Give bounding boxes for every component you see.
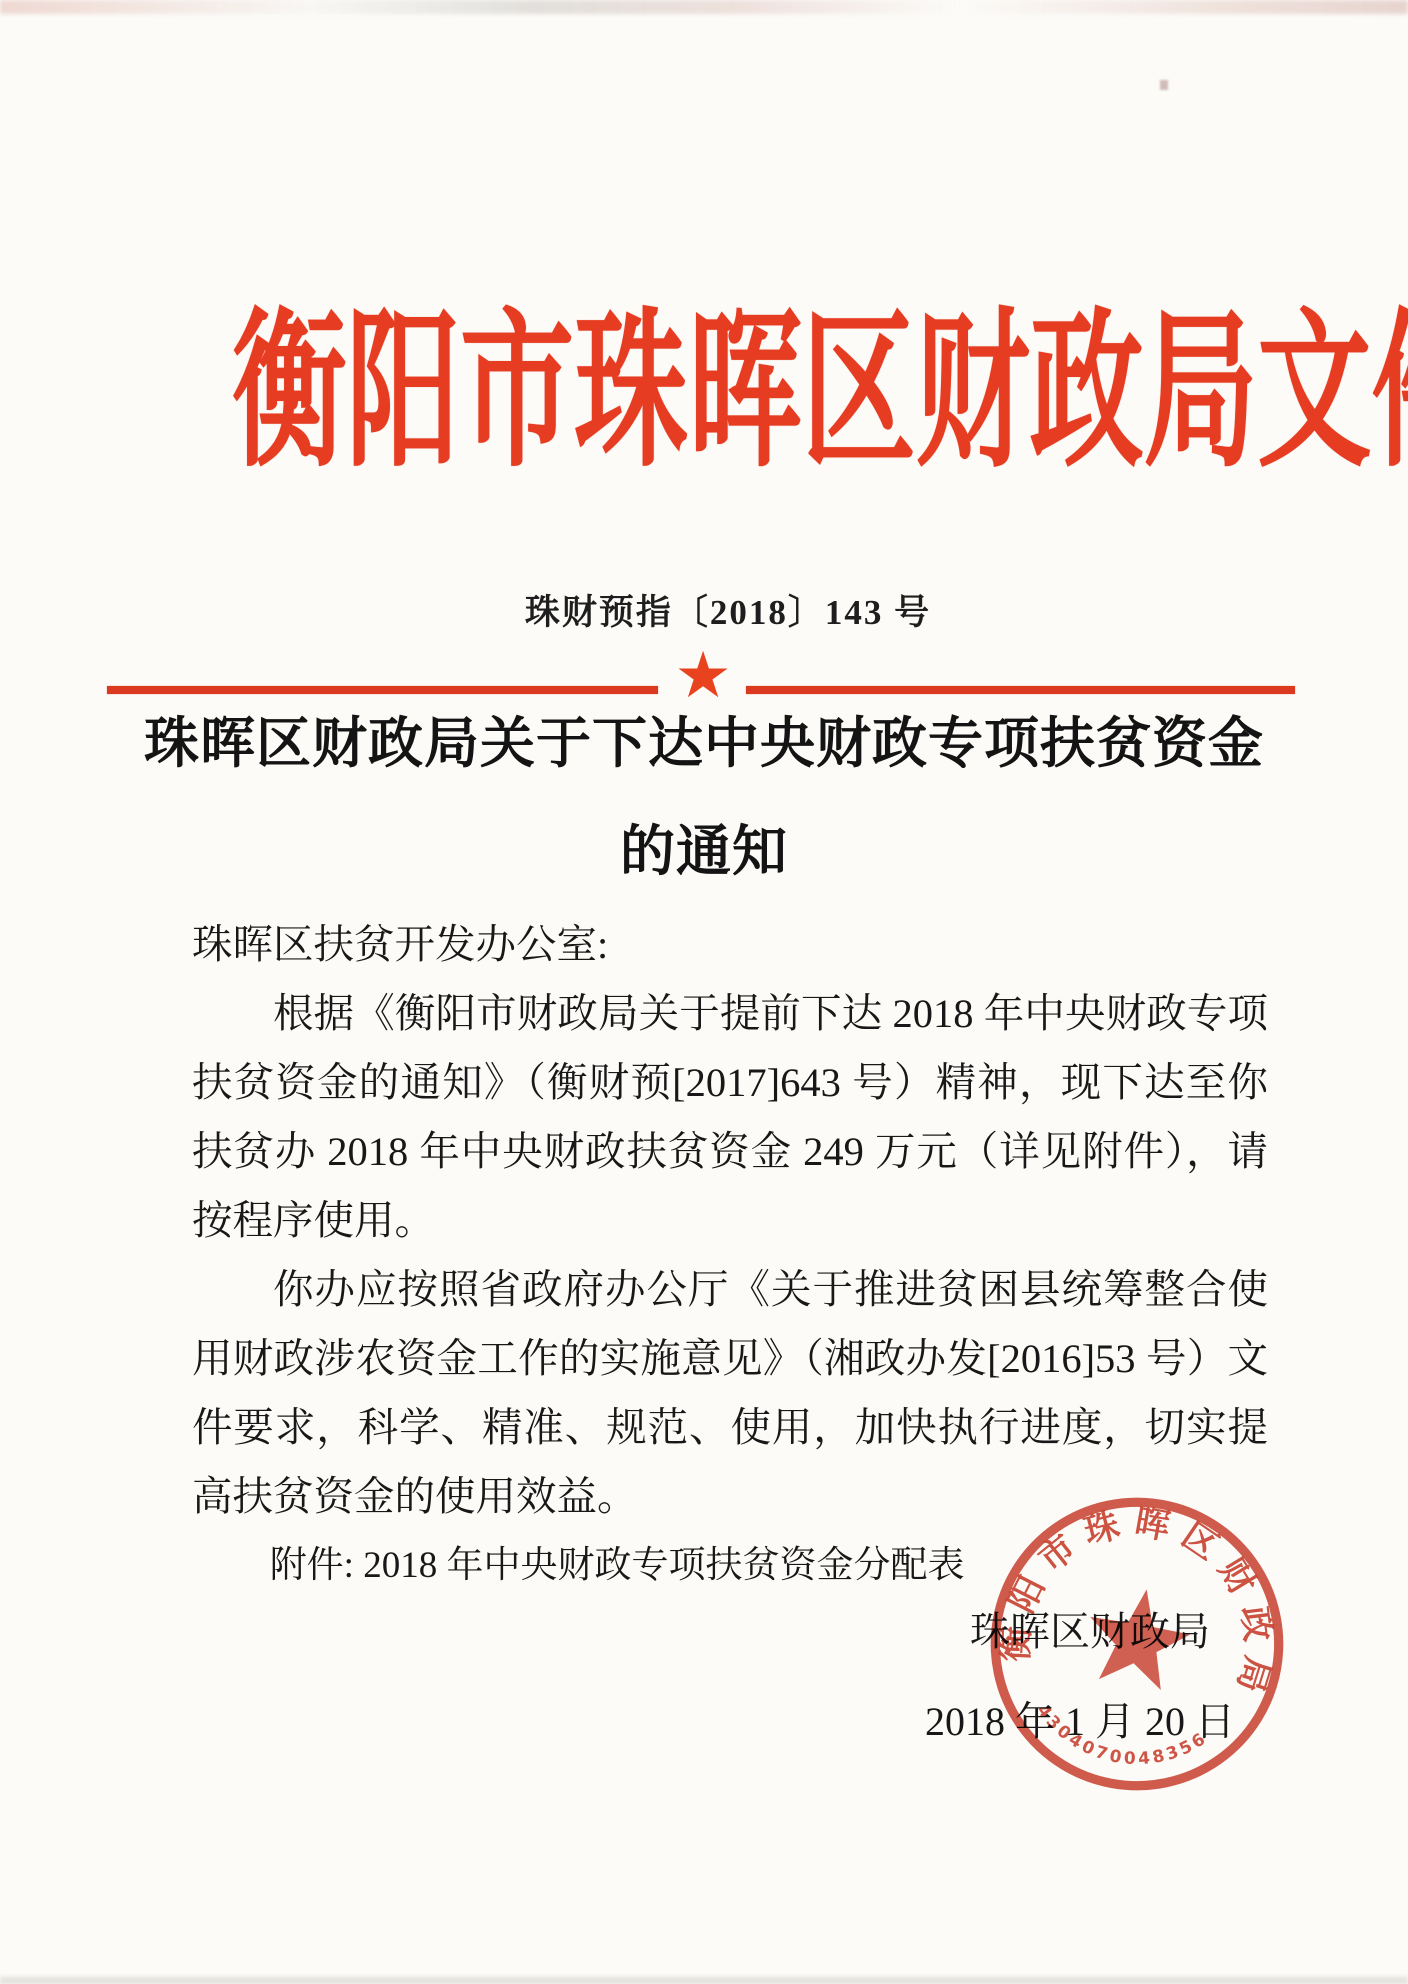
scan-artifact-dash [1160,80,1168,90]
notice-body: 珠晖区扶贫开发办公室: 根据《衡阳市财政局关于提前下达 2018 年中央财政专项… [192,910,1268,1600]
notice-title-line2: 的通知 [0,820,1408,883]
red-header-org-title: 衡阳市珠晖区财政局文件 [232,308,1175,478]
body-paragraph-1: 根据《衡阳市财政局关于提前下达 2018 年中央财政专项扶贫资金的通知》（衡财预… [192,979,1268,1255]
attachment-note: 附件: 2018 年中央财政专项扶贫资金分配表 [192,1531,1268,1600]
signature-agency: 珠晖区财政局 [880,1608,1300,1656]
scan-artifact-top [0,0,1408,14]
body-paragraph-2: 你办应按照省政府办公厅《关于推进贫困县统筹整合使用财政涉农资金工作的实施意见》（… [192,1255,1268,1531]
salutation: 珠晖区扶贫开发办公室: [192,910,1268,979]
star-icon: ★ [667,644,739,708]
notice-title-line1: 珠晖区财政局关于下达中央财政专项扶贫资金 [0,712,1408,775]
scanned-document-page: 衡阳市珠晖区财政局文件 珠财预指〔2018〕143 号 ★ 珠晖区财政局关于下达… [0,0,1408,1984]
scan-artifact-bottom [0,1977,1408,1984]
red-divider-right-segment [746,686,1295,694]
red-divider-left-segment [107,686,658,694]
signature-date: 2018 年 1 月 20 日 [860,1698,1300,1746]
document-number: 珠财预指〔2018〕143 号 [0,592,1408,634]
